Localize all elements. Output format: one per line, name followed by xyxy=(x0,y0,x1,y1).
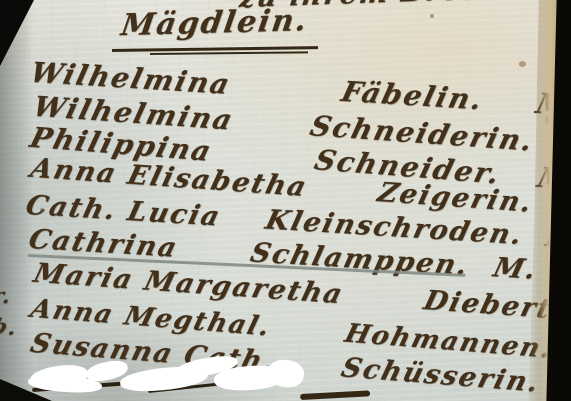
section-header: Mägdlein. xyxy=(119,3,311,43)
redacted-entry xyxy=(28,358,308,401)
manuscript-page: zu ihrem Brod Mägdlein. Wilhelmina Fäbel… xyxy=(0,0,571,401)
ink-speck xyxy=(519,61,526,67)
ink-speck xyxy=(40,208,44,212)
ink-speck xyxy=(430,14,434,18)
